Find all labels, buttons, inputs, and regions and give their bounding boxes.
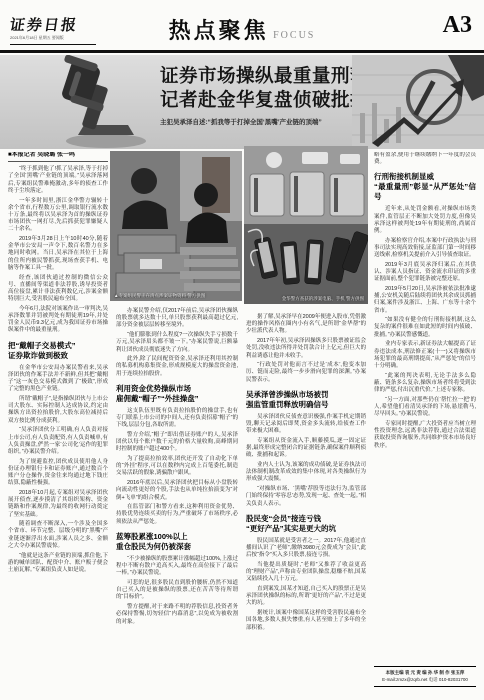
subhead-col3-2: 股民变“会员”接连亏钱 “更好产品”其实是更大的坑 — [246, 514, 366, 534]
headline-banner: 证券市场操纵最重量刑落地 记者赴金华复盘侦破批捕始末 主犯吴承泽自述:“抓我等于… — [0, 55, 484, 149]
subhead-line: 股民变“会员”接连亏钱 — [246, 514, 366, 524]
paragraph: 2018年10月起,专案组对吴承泽团伙展开侦查,逐步摸清了其组织架构、资金链路和… — [8, 490, 108, 519]
paragraph: 所谓“戴帽子”,是指操纵团伙与上市公司大股东、实际控制人达成协议,约定由操纵方出… — [8, 396, 108, 425]
subhead-line: 把“戴帽子交易模式” — [8, 341, 108, 351]
paragraph: 经查,该团伙通过控制的微信公众号、直播间等渠道非法荐股,诱导投资者高位接盘,累计… — [8, 275, 108, 304]
newspaper-logo: 证券日报 — [9, 14, 80, 35]
edition-footer: 本版主编 袁 元 责 编 孙 华 制 作 张玉萍 E-mail:zmzx@zqr… — [374, 666, 476, 687]
paragraph: 在监管部门和警方看来,这种利用资金优势、持股优势连续买卖的行为,严重破坏了市场秩… — [116, 504, 238, 526]
paragraph: 业内人士认为,该案的成功侦破,是证券执法司法体制机制改革成效的集中体现,对各类操… — [246, 462, 366, 484]
paragraph: 2019年3月28日上午10时40分,随着金华市公安局一声令下,数百名警力在多地… — [8, 236, 108, 272]
paragraph: 专案组从资金流入手,顺藤摸瓜,逐一固定证据,最终形成完整闭合的证据链条,确保案件… — [246, 438, 366, 460]
subhead-line: 行刑衔接机制显威 — [374, 172, 476, 182]
subhead-line: 蓝筹股累涨100%以上 — [116, 532, 238, 542]
subhead-col1: 把“戴帽子交易模式” 证券欺诈做到极致 — [8, 341, 108, 361]
paragraph: 据了解,吴承泽早在2009年便进入股市,凭借激进的操作风格在圈内小有名气,是所谓… — [246, 314, 366, 336]
column1-bottom-paragraphs: 在金华市公安局办案民警看来,吴承泽团伙的作案手法并不新鲜,但其把“戴帽子”这一灰… — [8, 365, 108, 574]
paragraph: 2019年3月底吴承泽归案后,在其供认、涉案人员指证、资金流水印证的多重证据面前… — [374, 262, 476, 284]
paragraph: “他就是这条产业链的顶端,抓住他,下游的喊单团队、配资中介、账户贩子便会土崩瓦解… — [8, 553, 108, 575]
masthead: 证券日报 2021年6月18日 星期五 要闻版 热点聚焦 FOCUS A3 — [0, 8, 484, 50]
paragraph: “对操纵市场、‘黑嘴’荐股等违法行为,监管部门始终保持‘零容忍’态势,发现一起、… — [246, 486, 366, 508]
subhead-col3-1: 吴承泽曾涉操纵市场被罚 强监管重罚释放明确信号 — [246, 390, 366, 410]
subhead-line: 利用资金优势操纵市场 — [116, 384, 238, 394]
date-line: 2021年6月18日 星期五 要闻版 — [10, 35, 96, 45]
paragraph: 办案检察官介绍,本案中行政执法与刑事司法实现高效衔接,证监部门第一时间移送线索,… — [374, 238, 476, 260]
section-header: 热点聚焦 FOCUS — [120, 14, 364, 45]
stock-chart-art-icon — [352, 55, 484, 149]
paragraph: 吴承泽团伙反侦查意识极强,作案手机定期销毁,聊天记录阅后即焚,资金多头流转,给侦… — [246, 414, 366, 436]
gavel-icon — [48, 55, 156, 149]
column3-paragraphs-2: 吴承泽团伙反侦查意识极强,作案手机定期销毁,聊天记录阅后即焚,资金多头流转,给侦… — [246, 414, 366, 508]
paragraph: 随着调查不断深入,一个涉及全国多个省市、环节完整、层级分明的“黑嘴”产业链逐渐浮… — [8, 521, 108, 550]
paragraph: 直到案发,国某才知道,自己买入的股票正是吴承泽团伙操纵的标的,所谓“更好的产品”… — [246, 586, 366, 608]
paragraph: 2017年年初,吴承泽因操纵多只股票被证监会处罚,没收违法所得并处罚款合计上亿元… — [246, 338, 366, 360]
subhead-line: 证券欺诈做到极致 — [8, 351, 108, 361]
staff-line: 本版主编 袁 元 责 编 孙 华 制 作 张玉萍 — [374, 670, 476, 677]
column3-paragraphs-1: 据了解,吴承泽早在2009年便进入股市,凭借激进的操作风格在圈内小有名气,是所谓… — [246, 314, 366, 384]
paragraph: 2016年底以后,吴承泽团伙把目标从小盘股转向流动性更好的个股,手法也从单纯拉抬… — [116, 480, 238, 502]
paragraph: 一年多时间里,浙江金华警方辗转十余个省市,行程数万公里,调取银行流水数十万条,最… — [8, 198, 108, 234]
column2-paragraphs-1: 办案民警介绍,仅2017年前后,吴承泽团伙操纵的股票就多达数十只,单只股票获利最… — [116, 308, 238, 378]
paragraph: 据统计,该案中像国某这样的受害股民遍布全国各地,多数人损失惨重,有人甚至赔上了多… — [246, 610, 366, 632]
subhead-line: 吴承泽曾涉操纵市场被罚 — [246, 390, 366, 400]
subhead-line: “最重量刑”彰显“从严惩处”信号 — [374, 182, 476, 202]
paragraph: 为了规避监控,团伙成员使用他人身份证办理银行卡和证券账户,通过数百个账户分仓操作… — [8, 459, 108, 488]
paragraph: “吴承泽团伙分工明确,有人负责对接上市公司,有人负责配资,有人负责喊单,有人负责… — [8, 427, 108, 456]
paragraph: 当他提出质疑时,“老师”又推荐了收益更高的“理财产品”,声称由专业团队操盘,稳赚… — [246, 562, 366, 584]
paragraph: 股民国某就是受害者之一。2017年,他通过直播间认识了“老师”,缴纳3980元会… — [246, 538, 366, 560]
subhead-line: 强监管重罚释放明确信号 — [246, 400, 366, 410]
paragraph: 为了提高拉抬效率,团伙还开发了自动化下单的“外挂”程序,可以在数秒内完成上百笔委… — [116, 456, 238, 478]
column3-paragraphs-3: 股民国某就是受害者之一。2017年,他通过直播间认识了“老师”,缴纳3980元会… — [246, 538, 366, 632]
subhead-col2-2: 蓝筹股累涨100%以上 重仓股民为何仍被深套 — [116, 532, 238, 552]
paragraph: 这支队伍里既有负责拉抬股价的操盘手,也有专门联系上市公司的中间人,还有负责招募“… — [116, 408, 238, 430]
byline: ■本报记者 吴晓璐 张一鸣 — [8, 152, 108, 162]
subhead-line: 雇佣戴“帽子”“外挂操盘” — [116, 394, 238, 404]
paragraph: 此外,除了民间配资资金,吴承泽还利用其控制的私募机构募集资金,形成规模庞大的操盘… — [116, 356, 238, 378]
section-title-en: FOCUS — [273, 30, 315, 41]
subhead-col4: 行刑衔接机制显威 “最重量刑”彰显“从严惩处”信号 — [374, 172, 476, 202]
column4-paragraphs: 近年来,从处罚金额看,对操纵市场类案件,监管层正不断加大处罚力度,但像吴承泽这样… — [374, 206, 476, 449]
section-title: 热点聚焦 — [169, 18, 269, 43]
paragraph: 近年来,从处罚金额看,对操纵市场类案件,监管层正不断加大处罚力度,但像吴承泽这样… — [374, 206, 476, 235]
paragraph: 警方提醒,对于来路不明的荐股信息,投资者务必保持警惕,切勿轻信“内幕消息”,以免… — [116, 604, 238, 626]
paragraph: “终于抓到他了!抓了吴承泽,等于打掉了全国‘黑嘴’产业链的顶端。”吴承泽落网后,… — [8, 166, 108, 195]
paragraph: “另一方面,对那些仍在‘帮忙拉一把’的人,希望他们看清吴承泽的下场,悬崖勒马,尽… — [374, 397, 476, 419]
subhead-col2-1: 利用资金优势操纵市场 雇佣戴“帽子”“外挂操盘” — [116, 384, 238, 404]
paragraph: “行政处罚对他而言不过是‘成本’,他变本加厉、铤而走险,最终一步步滑向犯罪的深渊… — [246, 362, 366, 384]
article-column-1: ■本报记者 吴晓璐 张一鸣 “终于抓到他了!抓了吴承泽,等于打掉了全国‘黑嘴’产… — [8, 152, 108, 694]
article-column-3: 据了解,吴承泽早在2009年便进入股市,凭借激进的操作风格在圈内小有名气,是所谓… — [246, 152, 366, 694]
paragraph: 警方介绍,“帽子”即出借证券账户的人,吴承泽团伙以每个账户数千元的价格大量收购,… — [116, 432, 238, 454]
paragraph: 专家同时提醒,广大投资者应当树立理性投资理念,远离非法荐股,通过合法渠道获取投资… — [374, 421, 476, 450]
contact-line: E-mail:zmzx@zqrb.net 电话 010-82031700 — [374, 677, 476, 684]
page-number: A3 — [443, 12, 472, 39]
paragraph: 业内专家表示,新证券法大幅提高了证券违法成本,刑法修正案(十一)又将操纵市场犯罪… — [374, 341, 476, 370]
newspaper-page: 证券日报 2021年6月18日 星期五 要闻版 热点聚焦 FOCUS A3 证券… — [0, 0, 484, 700]
paragraph: 今年6月,法院对该案作出一审判决,吴承泽数罪并罚被判处有期徒刑19年,并处罚金人… — [8, 306, 108, 335]
paragraph: “如果没有健全的行刑衔接机制,这么复杂的案件很难在如此短的时间内侦破、批捕。”办… — [374, 317, 476, 339]
article-column-2: 办案民警介绍,仅2017年前后,吴承泽团伙操纵的股票就多达数十只,单只股票获利最… — [116, 152, 238, 694]
paragraph: 在金华市公安局办案民警看来,吴承泽团伙的作案手法并不新鲜,但其把“戴帽子”这一灰… — [8, 365, 108, 394]
subhead-line: “更好产品”其实是更大的坑 — [246, 524, 366, 534]
column2-paragraphs-3: “不少被操纵的股票累计涨幅超过100%,上涨过程中不断有散户追高买入,最终在高位… — [116, 556, 238, 626]
subhead-line: 重仓股民为何仍被深套 — [116, 542, 238, 552]
column2-paragraphs-2: 这支队伍里既有负责拉抬股价的操盘手,也有专门联系上市公司的中间人,还有负责招募“… — [116, 408, 238, 526]
paragraph: “此案的判决表明,无论手法多么隐蔽、链条多么复杂,操纵市场者终将受到法律的严惩,… — [374, 373, 476, 395]
paragraph: 办案民警介绍,仅2017年前后,吴承泽团伙操纵的股票就多达数十只,单只股票获利最… — [116, 308, 238, 330]
column1-top-paragraphs: “终于抓到他了!抓了吴承泽,等于打掉了全国‘黑嘴’产业链的顶端。”吴承泽落网后,… — [8, 166, 108, 334]
paragraph: 2019年5月20日,吴承泽被依法批准逮捕,公安机关随后陆续将团伙其余成员抓捕归… — [374, 286, 476, 315]
article-column-4: 略有盈余,便用于继续缴纳下一年度的会员费。 行刑衔接机制显威 “最重量刑”彰显“… — [374, 152, 476, 660]
header-rule — [0, 50, 484, 53]
paragraph: “不少被操纵的股票累计涨幅超过100%,上涨过程中不断有散户追高买入,最终在高位… — [116, 556, 238, 578]
paragraph: “他们膨胀到什么程度?一次操纵失手亏损数千万元,吴承泽眉头都不皱一下。”办案民警… — [116, 332, 238, 354]
lead-in-text: 略有盈余,便用于继续缴纳下一年度的会员费。 — [374, 152, 476, 166]
paragraph: 可悲的是,很多股民直到股价腰斩,仍然不知道自己买入的是被操纵的股票,还在苦苦等待… — [116, 580, 238, 602]
